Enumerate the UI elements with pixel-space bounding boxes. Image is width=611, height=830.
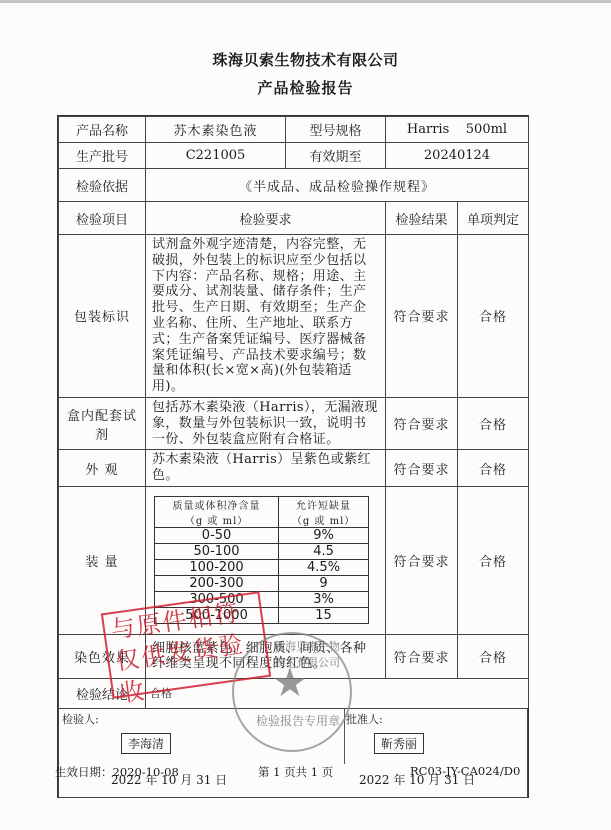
volume-range: 50-100 <box>155 544 279 560</box>
judgement-cell: 合格 <box>458 486 529 634</box>
company-name: 珠海贝索生物技术有限公司 <box>0 49 611 70</box>
company-seal: 珠海贝索生物技术有限公司 ★ 检验报告专用章 <box>232 632 352 752</box>
header-requirement: 检验要求 <box>146 202 386 235</box>
basis-label: 检验依据 <box>59 169 146 202</box>
report-title: 产品检验报告 <box>0 77 611 98</box>
volume-allowance: 3% <box>279 592 369 608</box>
volume-allowance: 4.5 <box>279 544 369 560</box>
result-cell: 符合要求 <box>386 397 458 449</box>
result-cell: 符合要求 <box>386 486 458 634</box>
header-item: 检验项目 <box>59 202 146 235</box>
document-code: RC03-JY-CA024/D0 <box>410 764 520 778</box>
basis-row: 检验依据 《半成品、成品检验操作规程》 <box>59 169 529 202</box>
result-cell: 符合要求 <box>386 634 458 678</box>
volume-header-1: 质量或体积净含量（g 或 ml） <box>155 497 279 528</box>
top-border <box>0 0 611 3</box>
item-cell: 外 观 <box>59 450 146 487</box>
volume-allowance: 9 <box>279 576 369 592</box>
spec-value: Harris 500ml <box>386 117 529 143</box>
effective-date: 生效日期：2020-10-08 <box>55 764 179 780</box>
judgement-cell: 合格 <box>458 235 529 398</box>
basis-value: 《半成品、成品检验操作规程》 <box>146 169 529 202</box>
batch-row: 生产批号 C221005 有效期至 20240124 <box>59 143 529 169</box>
requirement-cell: 包括苏木素染液（Harris），无漏液现象，数量与外包装标识一致，说明书一份、外… <box>146 397 386 449</box>
expiry-value: 20240124 <box>386 143 529 169</box>
item-cell: 盒内配套试剂 <box>59 397 146 449</box>
header-judgement: 单项判定 <box>458 202 529 235</box>
table-row: 盒内配套试剂 包括苏木素染液（Harris），无漏液现象，数量与外包装标识一致，… <box>59 397 529 449</box>
requirement-cell: 苏木素染液（Harris）呈紫色或紫红色。 <box>146 450 386 487</box>
page-number: 第 1 页共 1 页 <box>258 764 333 780</box>
volume-row: 50-1004.5 <box>155 544 369 560</box>
batch-label: 生产批号 <box>59 143 146 169</box>
result-cell: 符合要求 <box>386 235 458 398</box>
volume-row: 0-509% <box>155 528 369 544</box>
batch-value: C221005 <box>146 143 286 169</box>
item-cell: 包装标识 <box>59 235 146 398</box>
judgement-cell: 合格 <box>458 397 529 449</box>
header-result: 检验结果 <box>386 202 458 235</box>
table-row: 外 观 苏木素染液（Harris）呈紫色或紫红色。 符合要求 合格 <box>59 450 529 487</box>
volume-range: 100-200 <box>155 560 279 576</box>
expiry-label: 有效期至 <box>286 143 386 169</box>
approver-label: 批准人: <box>346 711 383 727</box>
judgement-cell: 合格 <box>458 450 529 487</box>
judgement-cell: 合格 <box>458 634 529 678</box>
product-name-value: 苏木素染色液 <box>146 117 286 143</box>
volume-allowance: 4.5% <box>279 560 369 576</box>
volume-allowance: 15 <box>279 608 369 624</box>
volume-range: 200-300 <box>155 576 279 592</box>
approver-name: 靳秀丽 <box>374 733 424 754</box>
volume-row: 100-2004.5% <box>155 560 369 576</box>
spec-label: 型号规格 <box>286 117 386 143</box>
volume-allowance: 9% <box>279 528 369 544</box>
product-name-row: 产品名称 苏木素染色液 型号规格 Harris 500ml <box>59 117 529 143</box>
product-name-label: 产品名称 <box>59 117 146 143</box>
requirement-cell: 试剂盒外观字迹清楚，内容完整，无破损，外包装上的标识应至少包括以下内容：产品名称… <box>146 235 386 398</box>
volume-header-2: 允许短缺量（g 或 ml） <box>279 497 369 528</box>
volume-range: 0-50 <box>155 528 279 544</box>
inspector-label: 检验人: <box>62 711 99 727</box>
table-header-row: 检验项目 检验要求 检验结果 单项判定 <box>59 202 529 235</box>
inspector-name: 李海清 <box>121 733 171 754</box>
table-row: 包装标识 试剂盒外观字迹清楚，内容完整，无破损，外包装上的标识应至少包括以下内容… <box>59 235 529 398</box>
result-cell: 符合要求 <box>386 450 458 487</box>
volume-row: 200-3009 <box>155 576 369 592</box>
seal-bottom-text: 检验报告专用章 <box>256 712 340 729</box>
star-icon: ★ <box>272 660 308 706</box>
